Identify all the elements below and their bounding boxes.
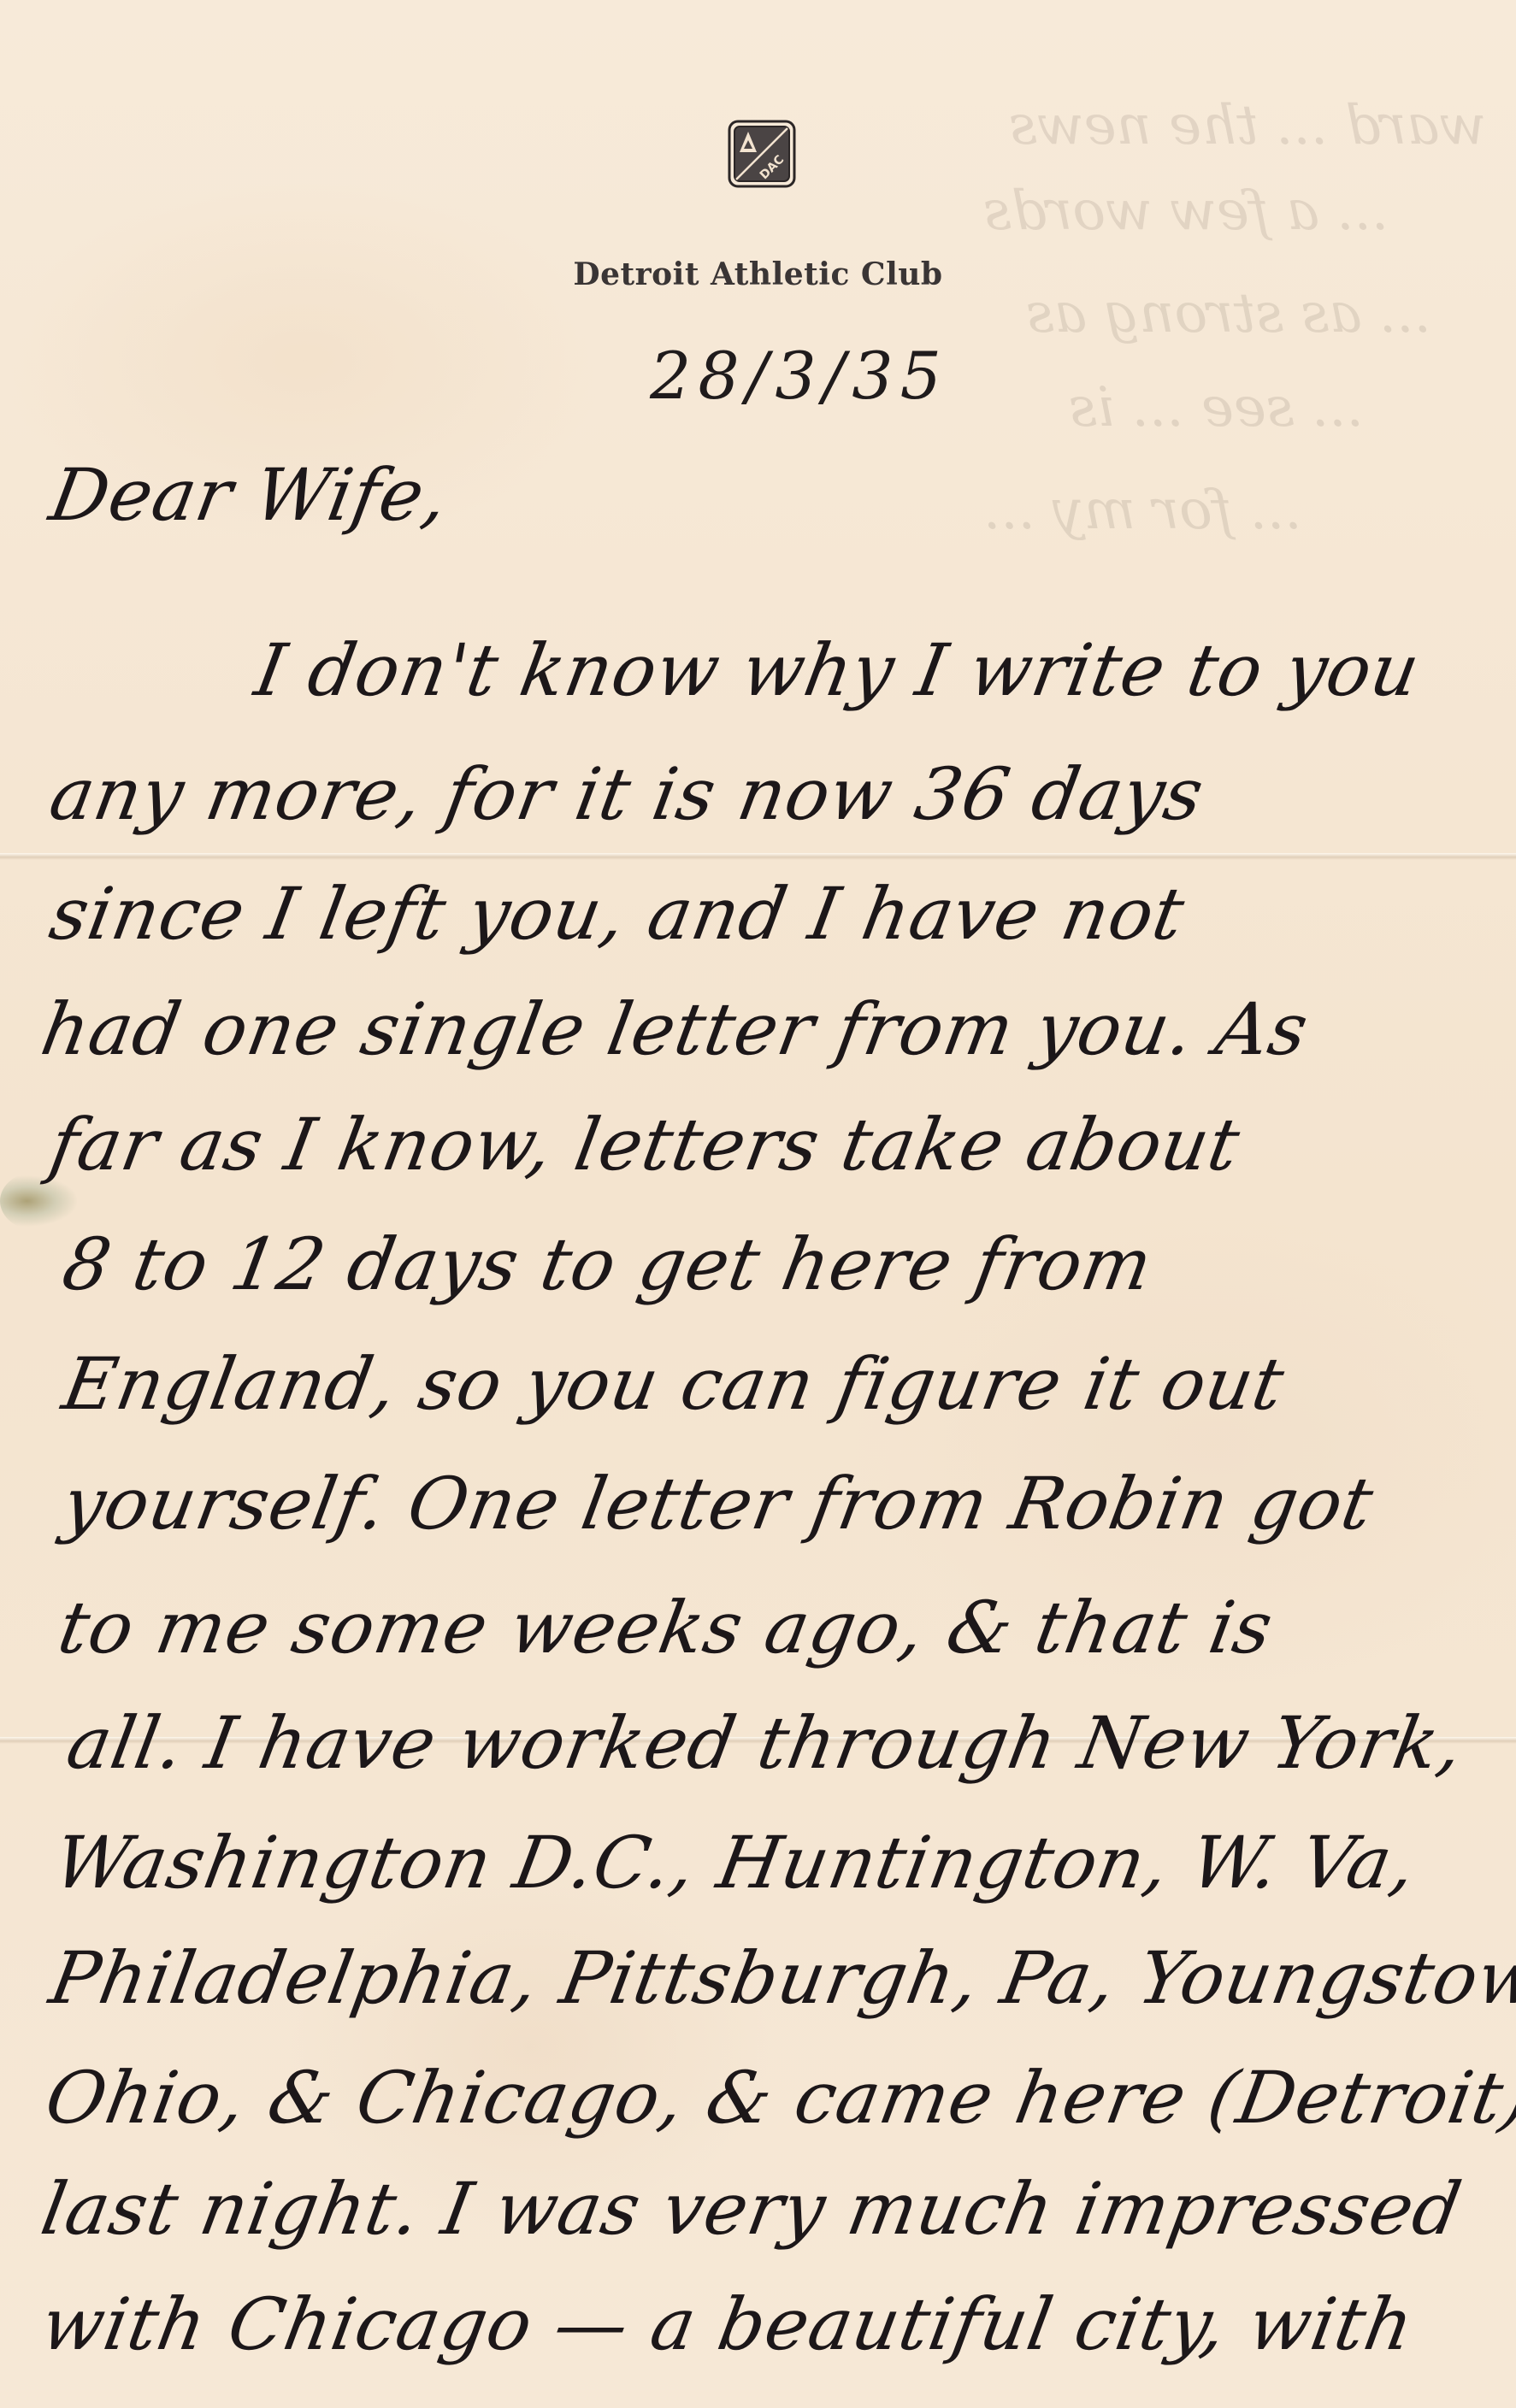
bleed-through-text: ward ... the news [1009,94,1486,157]
body-line: had one single letter from you. As [35,987,1314,1071]
salutation: Dear Wife, [44,453,455,537]
body-line: England, so you can figure it out [56,1342,1290,1426]
body-line: 8 to 12 days to get here from [56,1222,1159,1306]
body-line: yourself. One letter from Robin got [56,1462,1379,1545]
body-line: since I left you, and I have not [44,872,1190,956]
body-line: any more, for it is now 36 days [44,752,1210,836]
bleed-through-text: ... a few words [983,180,1389,243]
fold-crease-upper [0,853,1516,860]
body-line: Washington D.C., Huntington, W. Va, [48,1821,1422,1905]
body-line: to me some weeks ago, & that is [52,1586,1279,1669]
bleed-through-text: ... see ... is [1069,376,1364,439]
letterhead-club-name: Detroit Athletic Club [0,256,1516,292]
body-line: I don't know why I write to you [249,628,1426,712]
bleed-through-text: ... for my ... [983,479,1302,542]
body-line: last night. I was very much impressed [35,2167,1467,2251]
body-line: with Chicago — a beautiful city, with [35,2282,1420,2366]
body-line: Philadelphia, Pittsburgh, Pa, Youngstown [44,1936,1516,2020]
letter-date: 28/3/35 [650,338,948,414]
body-line: all. I have worked through New York, [61,1701,1470,1785]
dac-logo-icon: DAC [728,120,796,188]
body-line: Ohio, & Chicago, & came here (Detroit) [39,2056,1516,2140]
body-line: far as I know, letters take about [44,1103,1246,1186]
